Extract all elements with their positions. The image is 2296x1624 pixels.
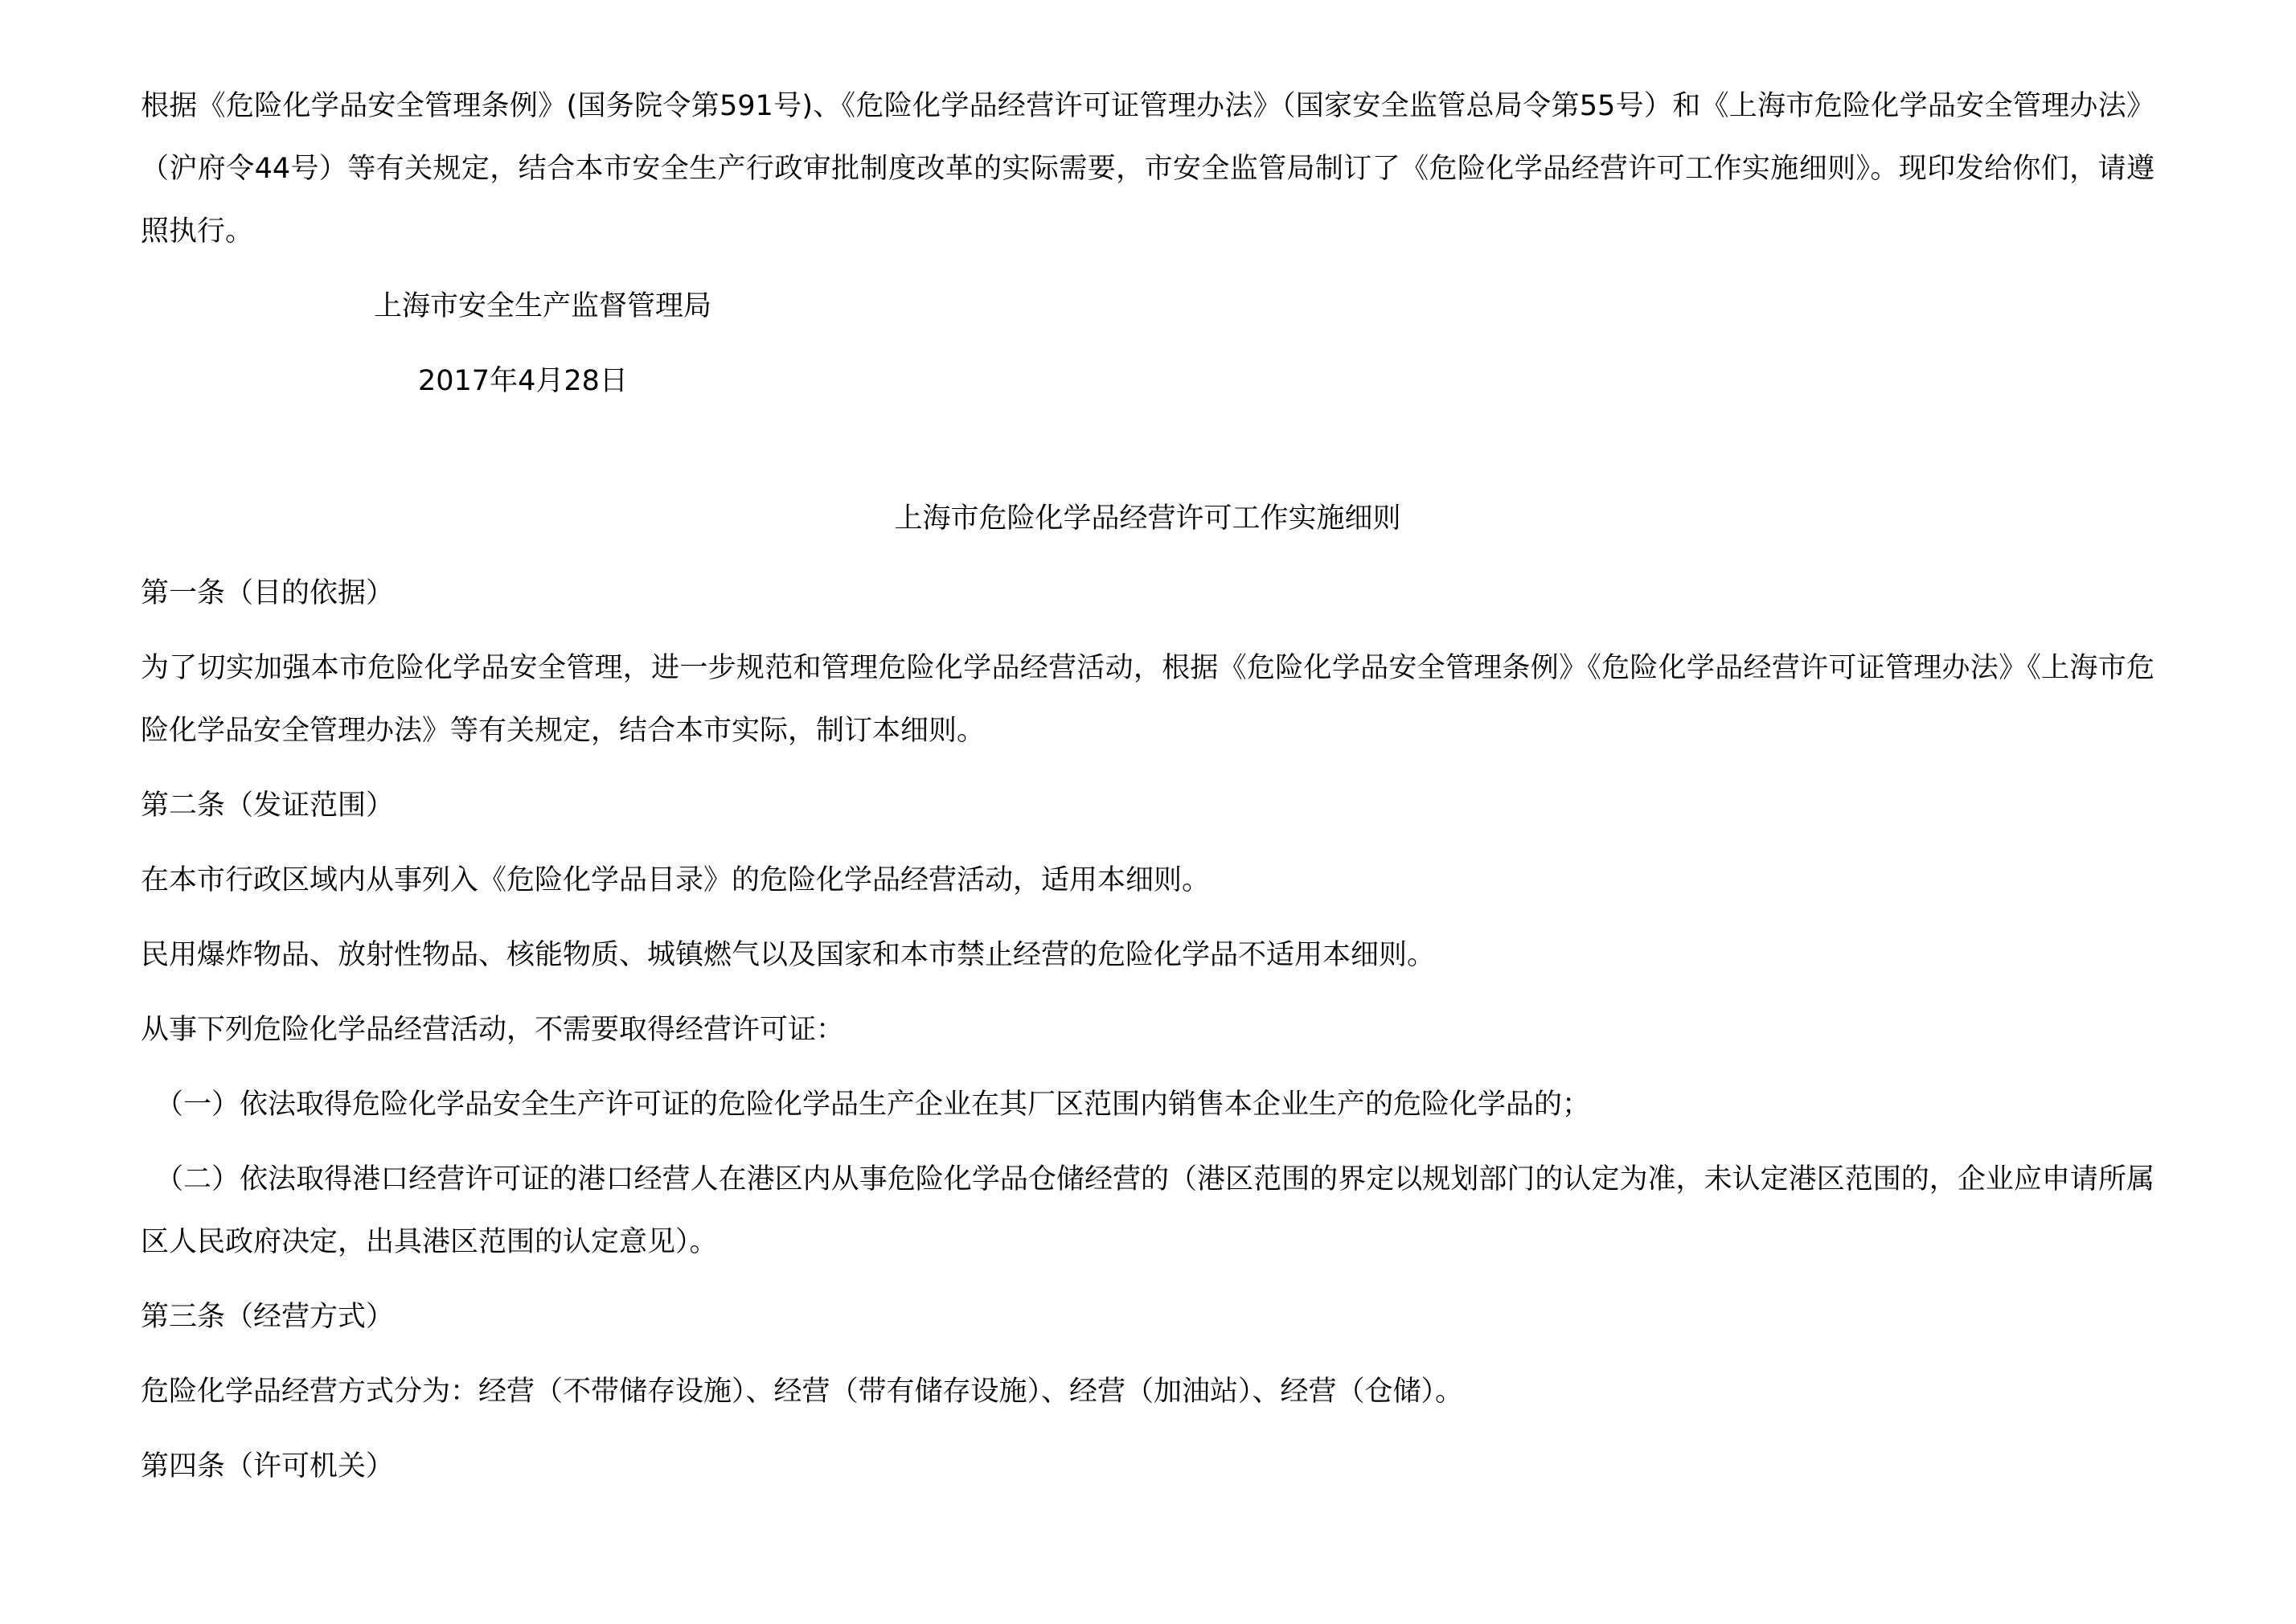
article-1-paragraph-1: 为了切实加强本市危险化学品安全管理，进一步规范和管理危险化学品经营活动，根据《危…	[141, 637, 2155, 762]
article-3-paragraph-1: 危险化学品经营方式分为：经营（不带储存设施）、经营（带有储存设施）、经营（加油站…	[141, 1360, 2155, 1423]
article-2-item-1: （一）依法取得危险化学品安全生产许可证的危险化学品生产企业在其厂区范围内销售本企…	[141, 1073, 2155, 1136]
date-line: 2017年4月28日	[141, 350, 2155, 412]
intro-paragraph: 根据《危险化学品安全管理条例》(国务院令第591号)、《危险化学品经营许可证管理…	[141, 75, 2155, 263]
article-2-heading: 第二条（发证范围）	[141, 774, 2155, 837]
article-1-heading: 第一条（目的依据）	[141, 562, 2155, 625]
article-2-item-2: （二）依法取得港口经营许可证的港口经营人在港区内从事危险化学品仓储经营的（港区范…	[141, 1148, 2155, 1273]
article-3-heading: 第三条（经营方式）	[141, 1286, 2155, 1348]
document-title: 上海市危险化学品经营许可工作实施细则	[141, 487, 2155, 550]
document-page: 根据《危险化学品安全管理条例》(国务院令第591号)、《危险化学品经营许可证管理…	[0, 0, 2296, 1624]
article-4-heading: 第四条（许可机关）	[141, 1435, 2155, 1498]
article-2-paragraph-2: 民用爆炸物品、放射性物品、核能物质、城镇燃气以及国家和本市禁止经营的危险化学品不…	[141, 924, 2155, 986]
signature-line: 上海市安全生产监督管理局	[141, 275, 2155, 338]
article-2-paragraph-1: 在本市行政区域内从事列入《危险化学品目录》的危险化学品经营活动，适用本细则。	[141, 849, 2155, 912]
article-2-paragraph-3: 从事下列危险化学品经营活动，不需要取得经营许可证：	[141, 999, 2155, 1061]
